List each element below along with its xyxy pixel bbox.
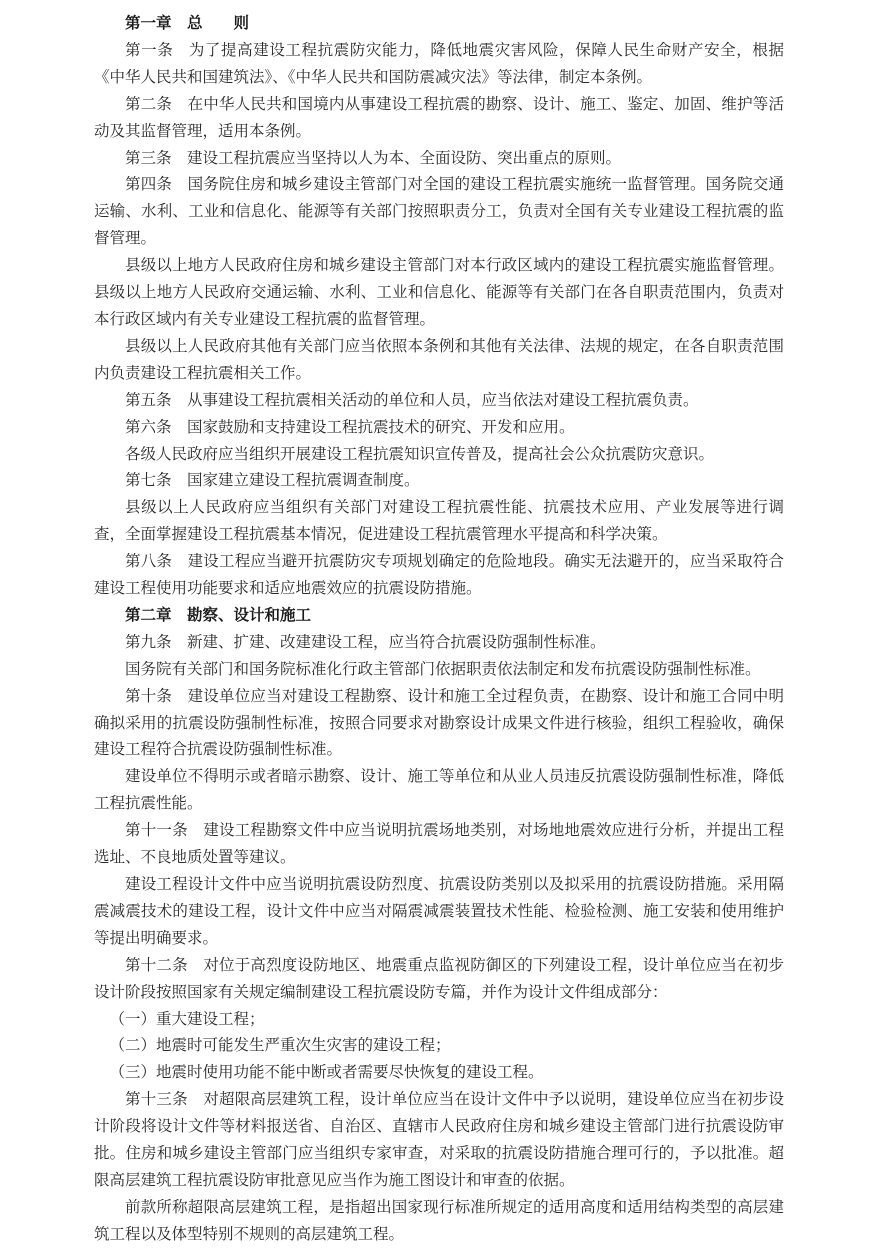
paragraph: 建设工程设计文件中应当说明抗震设防烈度、抗震设防类别以及拟采用的抗震设防措施。采… <box>94 871 784 952</box>
document-page: 第一章总 则 第一条为了提高建设工程抗震防灾能力，降低地震灾害风险，保障人民生命… <box>94 10 784 1248</box>
paragraph: 各级人民政府应当组织开展建设工程抗震知识宣传普及，提高社会公众抗震防灾意识。 <box>94 441 784 468</box>
article-2: 第二条在中华人民共和国境内从事建设工程抗震的勘察、设计、施工、鉴定、加固、维护等… <box>94 91 784 145</box>
article-7: 第七条国家建立建设工程抗震调查制度。 <box>94 467 784 494</box>
list-item: （三）地震时使用功能不能中断或者需要尽快恢复的建设工程。 <box>94 1059 784 1086</box>
article-1: 第一条为了提高建设工程抗震防灾能力，降低地震灾害风险，保障人民生命财产安全，根据… <box>94 37 784 91</box>
paragraph: 建设单位不得明示或者暗示勘察、设计、施工等单位和从业人员违反抗震设防强制性标准，… <box>94 763 784 817</box>
article-13: 第十三条对超限高层建筑工程，设计单位应当在设计文件中予以说明，建设单位应当在初步… <box>94 1086 784 1194</box>
paragraph: 县级以上人民政府应当组织有关部门对建设工程抗震性能、抗震技术应用、产业发展等进行… <box>94 494 784 548</box>
article-4: 第四条国务院住房和城乡建设主管部门对全国的建设工程抗震实施统一监督管理。国务院交… <box>94 171 784 252</box>
article-8: 第八条建设工程应当避开抗震防灾专项规划确定的危险地段。确实无法避开的，应当采取符… <box>94 548 784 602</box>
article-12: 第十二条对位于高烈度设防地区、地震重点监视防御区的下列建设工程，设计单位应当在初… <box>94 952 784 1006</box>
list-item: （二）地震时可能发生严重次生灾害的建设工程； <box>94 1032 784 1059</box>
paragraph: 国务院有关部门和国务院标准化行政主管部门依据职责依法制定和发布抗震设防强制性标准… <box>94 656 784 683</box>
article-3: 第三条建设工程抗震应当坚持以人为本、全面设防、突出重点的原则。 <box>94 145 784 172</box>
article-10: 第十条建设单位应当对建设工程勘察、设计和施工全过程负责，在勘察、设计和施工合同中… <box>94 683 784 764</box>
article-9: 第九条新建、扩建、改建建设工程，应当符合抗震设防强制性标准。 <box>94 629 784 656</box>
list-item: （一）重大建设工程； <box>94 1006 784 1033</box>
paragraph: 县级以上人民政府其他有关部门应当依照本条例和其他有关法律、法规的规定，在各自职责… <box>94 333 784 387</box>
paragraph: 县级以上地方人民政府住房和城乡建设主管部门对本行政区域内的建设工程抗震实施监督管… <box>94 252 784 333</box>
article-6: 第六条国家鼓励和支持建设工程抗震技术的研究、开发和应用。 <box>94 414 784 441</box>
chapter-heading: 第一章总 则 <box>94 10 784 37</box>
article-5: 第五条从事建设工程抗震相关活动的单位和人员，应当依法对建设工程抗震负责。 <box>94 387 784 414</box>
article-11: 第十一条建设工程勘察文件中应当说明抗震场地类别，对场地地震效应进行分析，并提出工… <box>94 817 784 871</box>
paragraph: 前款所称超限高层建筑工程，是指超出国家现行标准所规定的适用高度和适用结构类型的高… <box>94 1194 784 1248</box>
chapter-heading: 第二章勘察、设计和施工 <box>94 602 784 629</box>
